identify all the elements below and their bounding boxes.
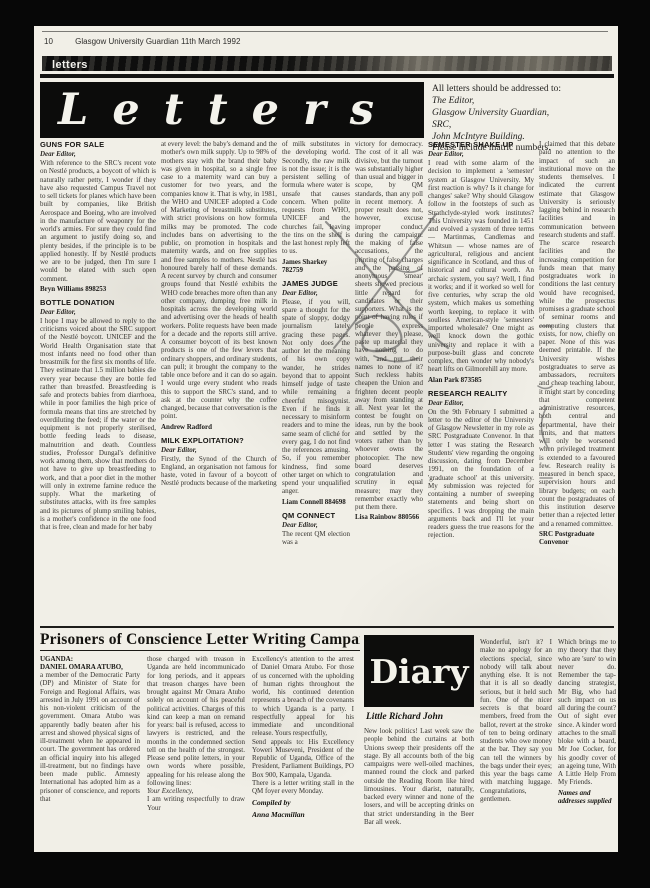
- campaign-columns: UGANDA: DANIEL OMARA ATUBO, a member of …: [40, 655, 360, 843]
- letter-signature: Alan Park 873585: [428, 376, 534, 384]
- top-edge-rule: [42, 31, 608, 32]
- compiled-by-label: Compiled by: [252, 798, 354, 807]
- campaign-address: Send appeals to: His Excellency Yoweri M…: [252, 738, 354, 779]
- campaign-country: UGANDA:: [40, 655, 140, 663]
- letters-logo: Letters: [58, 85, 398, 135]
- letter-body: Firstly, the Synod of the Church of Engl…: [161, 455, 277, 488]
- letters-column-2: at every level: the baby's demand and th…: [161, 140, 277, 624]
- page-number: 10: [44, 37, 53, 46]
- letter-body: I claimed that this debate paid no atten…: [539, 140, 615, 528]
- letter-signature: James Sharkey 782759: [282, 258, 350, 274]
- campaign-column-2: those charged with treason in Uganda are…: [147, 655, 245, 843]
- campaign-body: a member of the Democratic Party (DP) an…: [40, 671, 140, 803]
- letter-body: of milk substitutes in the developing wo…: [282, 140, 350, 256]
- letter-heading: BOTTLE DONATION: [40, 298, 156, 307]
- letter-body: I read with some alarm of the decision t…: [428, 159, 534, 374]
- letter-heading: JAMES JUDGE: [282, 279, 350, 288]
- diary-column-2: Wonderful, isn't it? I make no apology f…: [480, 638, 552, 848]
- letter-signature: Lisa Rainbow 880566: [355, 513, 423, 521]
- address-line: The Editor,: [432, 96, 616, 108]
- newspaper-page: 10 Glasgow University Guardian 11th Marc…: [34, 26, 618, 852]
- letter-salutation: Dear Editor,: [282, 289, 350, 297]
- letter-heading: RESEARCH REALITY: [428, 389, 534, 398]
- letter-heading: GUNS FOR SALE: [40, 140, 156, 149]
- section-label: letters: [42, 59, 88, 71]
- diary-signoff: Names and addresses supplied: [558, 789, 616, 805]
- address-line: All letters should be addressed to:: [432, 84, 616, 96]
- compiled-by-name: Anna Macmillan: [252, 810, 354, 819]
- campaign-section: Prisoners of Conscience Letter Writing C…: [40, 631, 360, 849]
- campaign-prisoner-name: DANIEL OMARA ATUBO,: [40, 663, 140, 671]
- campaign-body: Excellency's attention to the arrest of …: [252, 655, 354, 738]
- scanned-newspaper-screenshot: { "colors": { "paper": "#f1efe7", "ink":…: [0, 0, 650, 888]
- address-line: SRC,: [432, 120, 616, 132]
- diary-body: Which brings me to my theory that they w…: [558, 638, 616, 787]
- diary-body: Wonderful, isn't it? I make no apology f…: [480, 638, 552, 803]
- letters-columns: GUNS FOR SALE Dear Editor, With referenc…: [40, 140, 616, 624]
- letter-salutation: Dear Editor,: [40, 150, 156, 158]
- campaign-title: Prisoners of Conscience Letter Writing C…: [40, 631, 360, 651]
- diary-title-box: Diary: [364, 635, 474, 707]
- diary-body: New look politics! Last week saw the peo…: [364, 727, 474, 826]
- section-bar: letters: [42, 56, 612, 71]
- letters-column-1: GUNS FOR SALE Dear Editor, With referenc…: [40, 140, 156, 624]
- letter-body: On the 9th February I submitted a letter…: [428, 408, 534, 540]
- letter-heading: QM CONNECT: [282, 511, 350, 520]
- letters-column-5: SEMESTER SHAKE UP Dear Editor, I read wi…: [428, 140, 534, 624]
- letters-column-4: victory for democracy. The cost of it al…: [355, 140, 423, 624]
- divider-rule: [40, 74, 614, 78]
- letters-column-3: of milk substitutes in the developing wo…: [282, 140, 350, 624]
- campaign-body: those charged with treason in Uganda are…: [147, 655, 245, 787]
- letter-heading: MILK EXPLOITATION?: [161, 436, 277, 445]
- diary-column-3: Which brings me to my theory that they w…: [558, 638, 616, 848]
- letter-salutation: Dear Editor,: [161, 446, 277, 454]
- letter-heading: SEMESTER SHAKE UP: [428, 140, 534, 149]
- letter-signature: Bryn Williams 898253: [40, 285, 156, 293]
- letter-salutation: Dear Editor,: [428, 150, 534, 158]
- page-header: 10 Glasgow University Guardian 11th Marc…: [44, 37, 240, 46]
- letter-body: Please, if you will, spare a thought for…: [282, 298, 350, 496]
- letter-body: I hope I may be allowed to reply to the …: [40, 317, 156, 532]
- address-line: Glasgow University Guardian,: [432, 108, 616, 120]
- letter-salutation: Dear Editor,: [282, 521, 350, 529]
- letter-body: The recent QM election was a: [282, 530, 350, 547]
- campaign-column-1: UGANDA: DANIEL OMARA ATUBO, a member of …: [40, 655, 140, 843]
- diary-column-1: New look politics! Last week saw the peo…: [364, 727, 474, 848]
- masthead-title: Glasgow University Guardian 11th March 1…: [75, 37, 240, 46]
- letter-signature: Liam Connell 884698: [282, 498, 350, 506]
- campaign-stall-note: There is a letter writing stall in the Q…: [252, 779, 354, 796]
- letter-body: at every level: the baby's demand and th…: [161, 140, 277, 421]
- bottom-section-rule: [40, 626, 614, 628]
- diary-byline: Little Richard John: [366, 712, 443, 722]
- letters-column-6: I claimed that this debate paid no atten…: [539, 140, 615, 624]
- letter-salutation: Dear Editor,: [428, 399, 534, 407]
- letters-logo-box: Letters: [40, 82, 424, 138]
- appeal-text: I am writing respectfully to draw Your: [147, 795, 245, 812]
- letter-salutation: Dear Editor,: [40, 308, 156, 316]
- diary-title: Diary: [369, 652, 468, 691]
- appeal-salutation: Your Excellency,: [147, 787, 245, 795]
- letter-signature: SRC Postgraduate Convenor: [539, 530, 615, 546]
- letter-signature: Andrew Radford: [161, 423, 277, 431]
- letter-body: With reference to the SRC's recent vote …: [40, 159, 156, 283]
- campaign-column-3: Excellency's attention to the arrest of …: [252, 655, 354, 843]
- letter-body: victory for democracy. The cost of it al…: [355, 140, 423, 511]
